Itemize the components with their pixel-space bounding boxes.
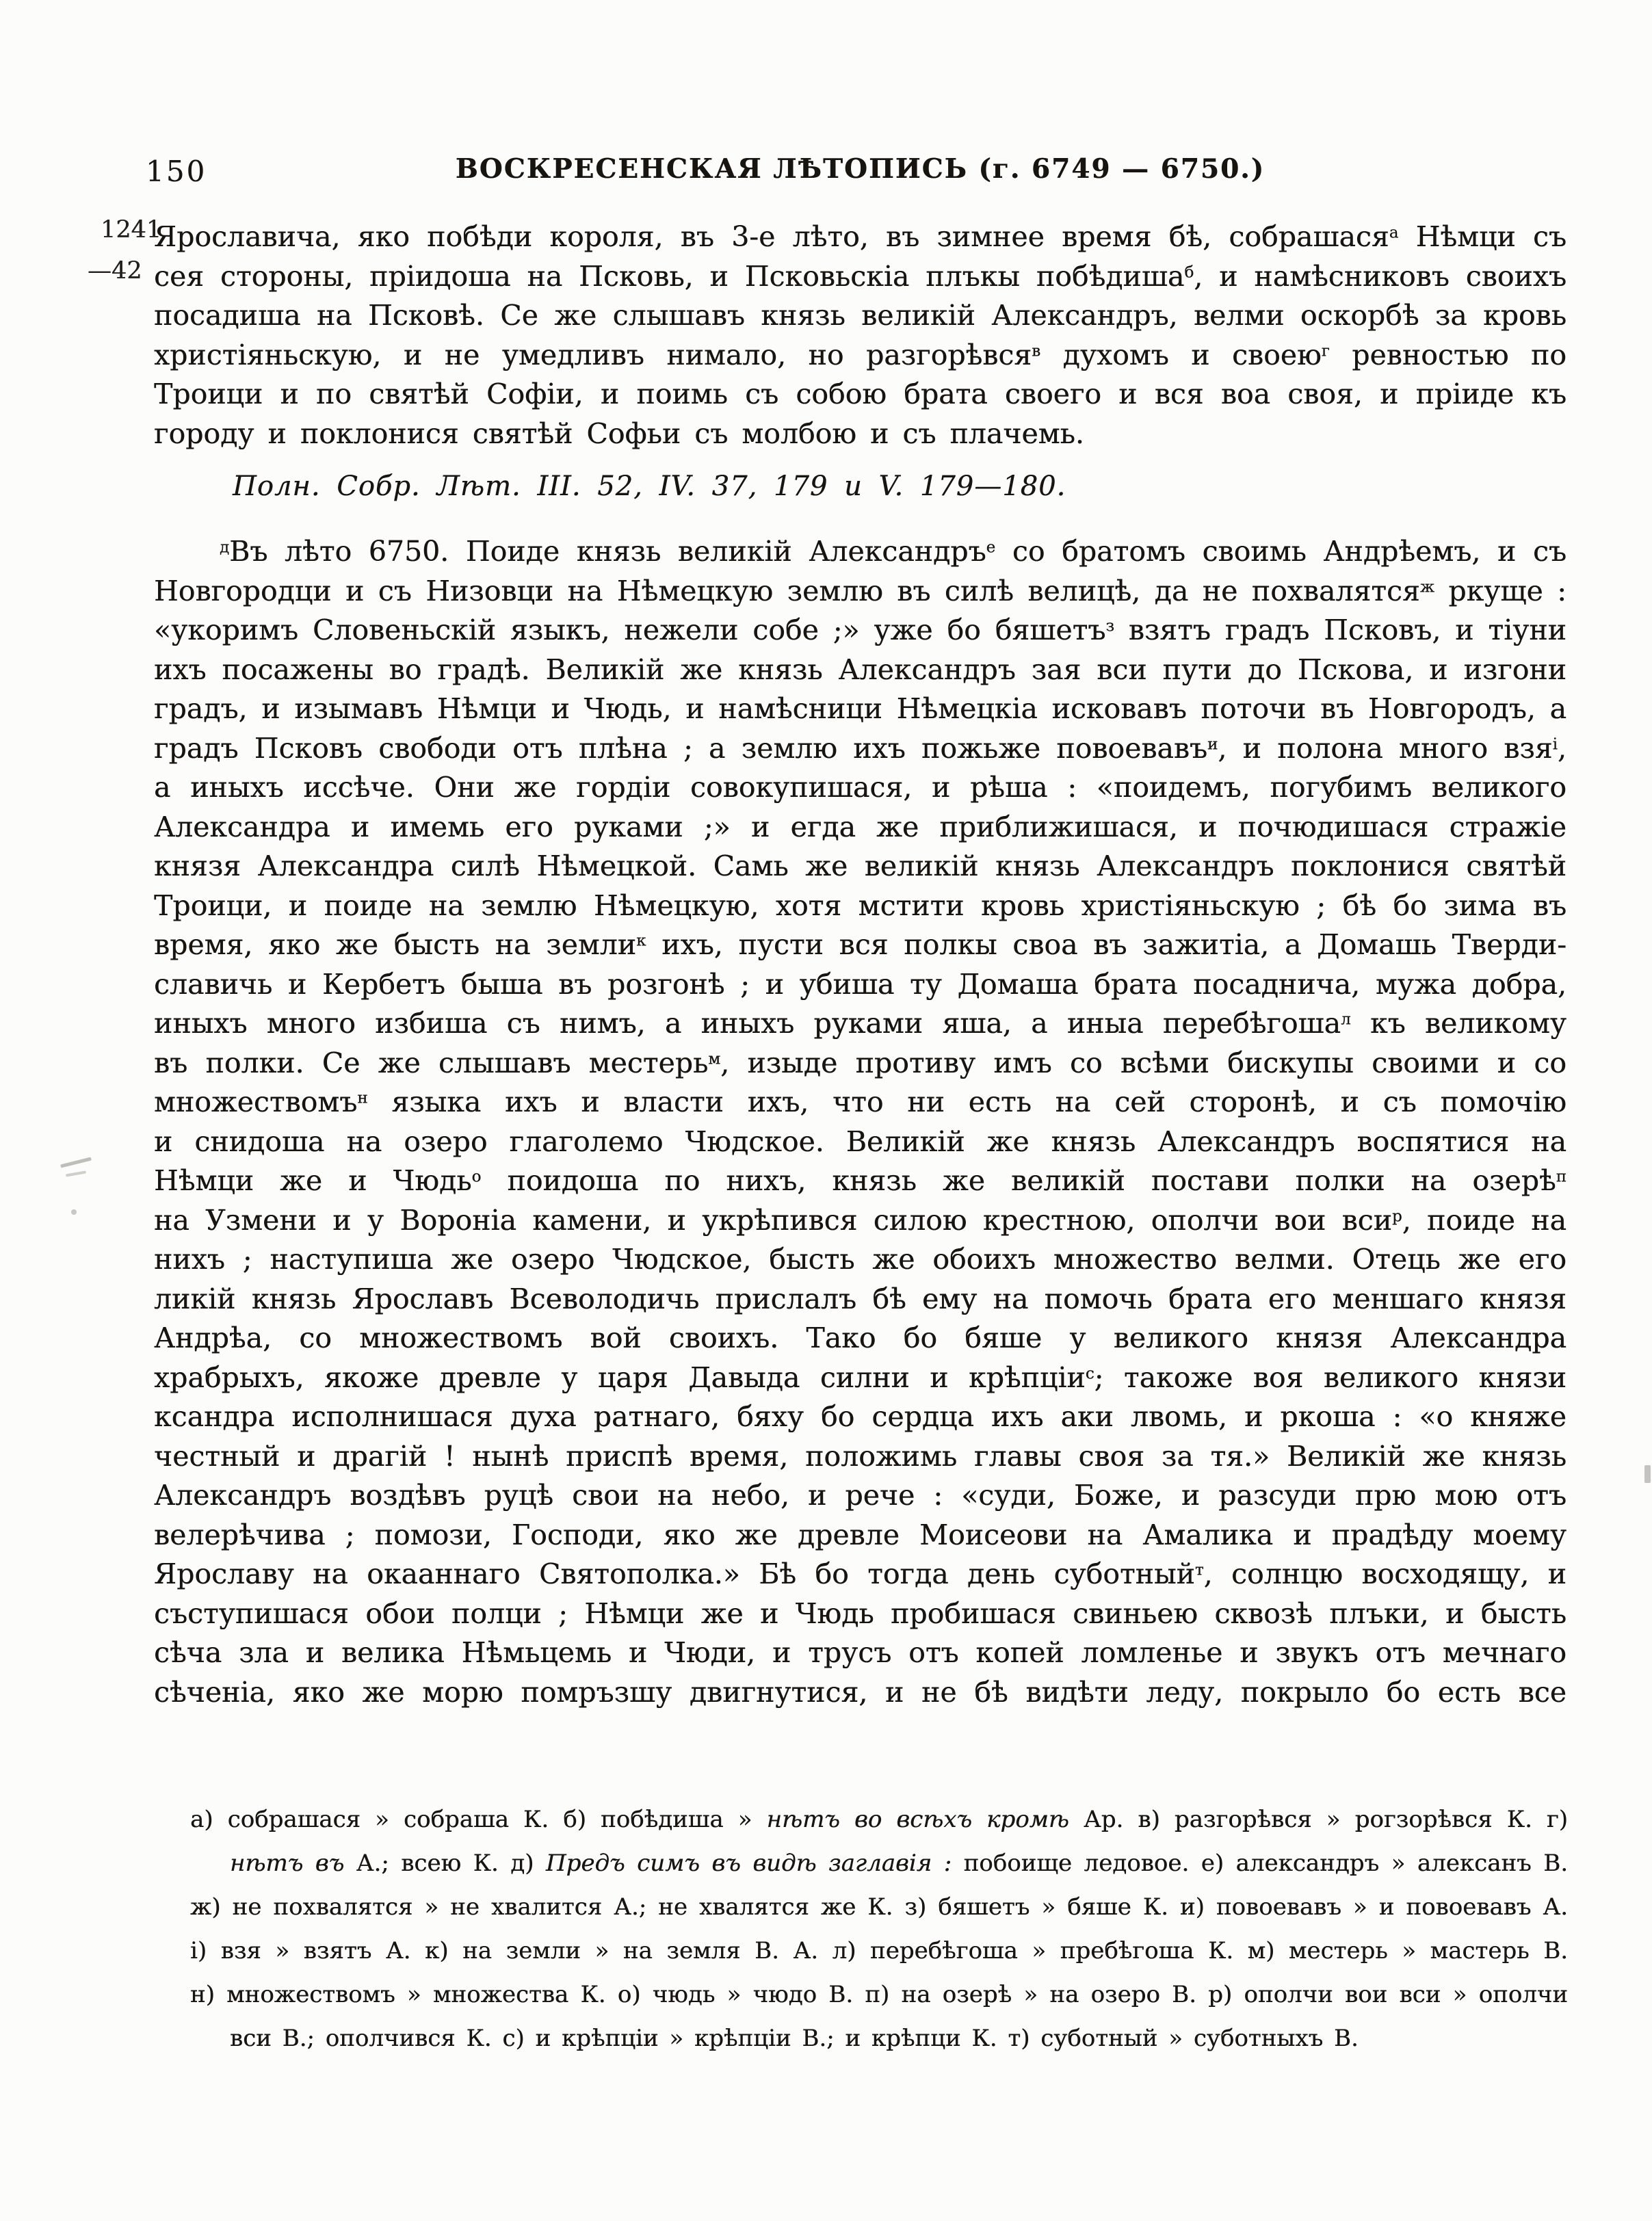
footnote-marker: в	[1032, 342, 1040, 360]
text-line: иныхъ много избиша съ нимъ, а иныхъ рука…	[154, 1004, 1566, 1044]
text-line: Троици, и поиде на землю Нѣмецкую, хотя …	[154, 886, 1566, 926]
text-line: въ полки. Се же слышавъ местерьм, изыде …	[154, 1044, 1566, 1083]
footnote-marker: с	[1086, 1365, 1094, 1382]
footnote-line: і) взя » взятъ А. к) на земли » на земля…	[190, 1929, 1568, 1973]
text-line: Андрѣа, со множествомъ вой своихъ. Тако …	[154, 1319, 1566, 1358]
text-line: честный и драгій ! нынѣ приспѣ время, по…	[154, 1437, 1566, 1477]
running-header: ВОСКРЕСЕНСКАЯ ЛѢТОПИСЬ (г. 6749 — 6750.)	[154, 153, 1566, 185]
text-line: градъ, и изымавъ Нѣмци и Чюдь, и намѣсни…	[154, 689, 1566, 729]
text-line: время, яко же бысть на землик ихъ, пусти…	[154, 925, 1566, 965]
text-line: велерѣчива ; помози, Господи, яко же дре…	[154, 1516, 1566, 1555]
paragraph-year-6750: дВъ лѣто 6750. Поиде князь великій Алекс…	[154, 532, 1566, 1712]
footnote-marker: и	[1207, 735, 1218, 753]
text-line: Александръ воздѣвъ руцѣ свои на небо, и …	[154, 1476, 1566, 1516]
text-line: Ярославу на окааннаго Святополка.» Бѣ бо…	[154, 1555, 1566, 1594]
text-line: сѣченіа, яко же морю помръзшу двигнутися…	[154, 1673, 1566, 1713]
margin-year-start: 1241	[101, 216, 161, 244]
text-line: нихъ ; наступиша же озеро Чюдское, бысть…	[154, 1240, 1566, 1280]
footnote-marker: з	[1105, 617, 1114, 635]
text-line: ликій князь Ярославъ Всеволодичь прислал…	[154, 1280, 1566, 1319]
text-line: а иныхъ иссѣче. Они же гордіи совокупиша…	[154, 768, 1566, 808]
text-line: христіяньскую, и не умедливъ нимало, но …	[154, 336, 1566, 376]
footnote-marker: ж	[1420, 578, 1434, 596]
text-line: князя Александра силѣ Нѣмецкой. Самь же …	[154, 847, 1566, 886]
scan-speck	[1644, 1465, 1651, 1483]
text-line: и снидоша на озеро глаголемо Чюдское. Ве…	[154, 1122, 1566, 1162]
text-line: Нѣмци же и Чюдьо поидоша по нихъ, князь …	[154, 1161, 1566, 1201]
scan-speck	[71, 1209, 77, 1215]
text-line: на Узмени и у Вороніа камени, и укрѣпивс…	[154, 1201, 1566, 1241]
footnote-marker: е	[986, 538, 996, 556]
text-line: славичь и Кербетъ быша въ розгонѣ ; и уб…	[154, 965, 1566, 1005]
footnote-marker: л	[1341, 1010, 1351, 1028]
text-line: храбрыхъ, якоже древле у царя Давыда сил…	[154, 1358, 1566, 1398]
text-line: Александра и имемь его руками ;» и егда …	[154, 808, 1566, 847]
footnote-line: нѣтъ въ А.; всею К. д) Предъ симъ въ вид…	[190, 1841, 1568, 1885]
text-line: множествомън языка ихъ и власти ихъ, что…	[154, 1083, 1566, 1122]
footnote-marker: к	[636, 932, 646, 949]
footnotes-block: а) собрашася » собраша К. б) побѣдиша » …	[190, 1798, 1568, 2060]
text-line: городу и поклонися святѣй Софьи съ молбо…	[154, 415, 1566, 454]
footnote-marker: н	[357, 1089, 367, 1107]
text-line: съступишася обои полци ; Нѣмци же и Чюдь…	[154, 1594, 1566, 1634]
footnote-line: а) собрашася » собраша К. б) побѣдиша » …	[190, 1798, 1568, 1841]
footnote-marker: д	[220, 538, 229, 556]
footnote-marker: і	[1553, 735, 1558, 753]
footnote-marker: м	[708, 1050, 720, 1068]
margin-smudge	[60, 1157, 92, 1168]
text-line: «укоримъ Словеньскій языкъ, нежели собе …	[154, 611, 1566, 650]
margin-smudge	[66, 1170, 86, 1177]
footnote-marker: г	[1322, 342, 1330, 360]
footnote-marker: р	[1392, 1207, 1402, 1225]
text-line: Ярославича, яко побѣди короля, въ 3-е лѣ…	[154, 218, 1566, 257]
text-line: дВъ лѣто 6750. Поиде князь великій Алекс…	[154, 532, 1566, 572]
text-line: Новгородци и съ Низовци на Нѣмецкую земл…	[154, 572, 1566, 612]
paragraph-continuation: Ярославича, яко побѣди короля, въ 3-е лѣ…	[154, 218, 1566, 454]
footnote-marker: б	[1184, 263, 1194, 281]
text-line: посадиша на Псковѣ. Се же слышавъ князь …	[154, 296, 1566, 336]
margin-year-end: —42	[88, 257, 142, 285]
book-page-scan: 150 ВОСКРЕСЕНСКАЯ ЛѢТОПИСЬ (г. 6749 — 67…	[0, 0, 1652, 2221]
footnote-marker: о	[472, 1168, 482, 1185]
text-line: сѣча зла и велика Нѣмьцемь и Чюди, и тру…	[154, 1633, 1566, 1673]
text-line: сея стороны, пріидоша на Псковь, и Псков…	[154, 257, 1566, 297]
text-line: ксандра исполнишася духа ратнаго, бяху б…	[154, 1397, 1566, 1437]
footnote-marker: а	[1389, 224, 1399, 241]
footnote-line: ж) не похвалятся » не хвалится А.; не хв…	[190, 1885, 1568, 1929]
text-line: Троици и по святѣй Софіи, и поимь съ соб…	[154, 375, 1566, 415]
footnote-line: вси В.; ополчився К. с) и крѣпціи » крѣп…	[190, 2016, 1568, 2060]
source-citation: Полн. Собр. Лѣт. III. 52, IV. 37, 179 и …	[233, 471, 1066, 502]
text-line: ихъ посажены во градѣ. Великій же князь …	[154, 650, 1566, 690]
footnote-marker: т	[1195, 1561, 1204, 1579]
footnote-line: н) множествомъ » множества К. о) чюдь » …	[190, 1973, 1568, 2016]
footnote-marker: п	[1556, 1168, 1566, 1185]
text-line: градъ Псковъ свободи отъ плѣна ; а землю…	[154, 729, 1566, 769]
